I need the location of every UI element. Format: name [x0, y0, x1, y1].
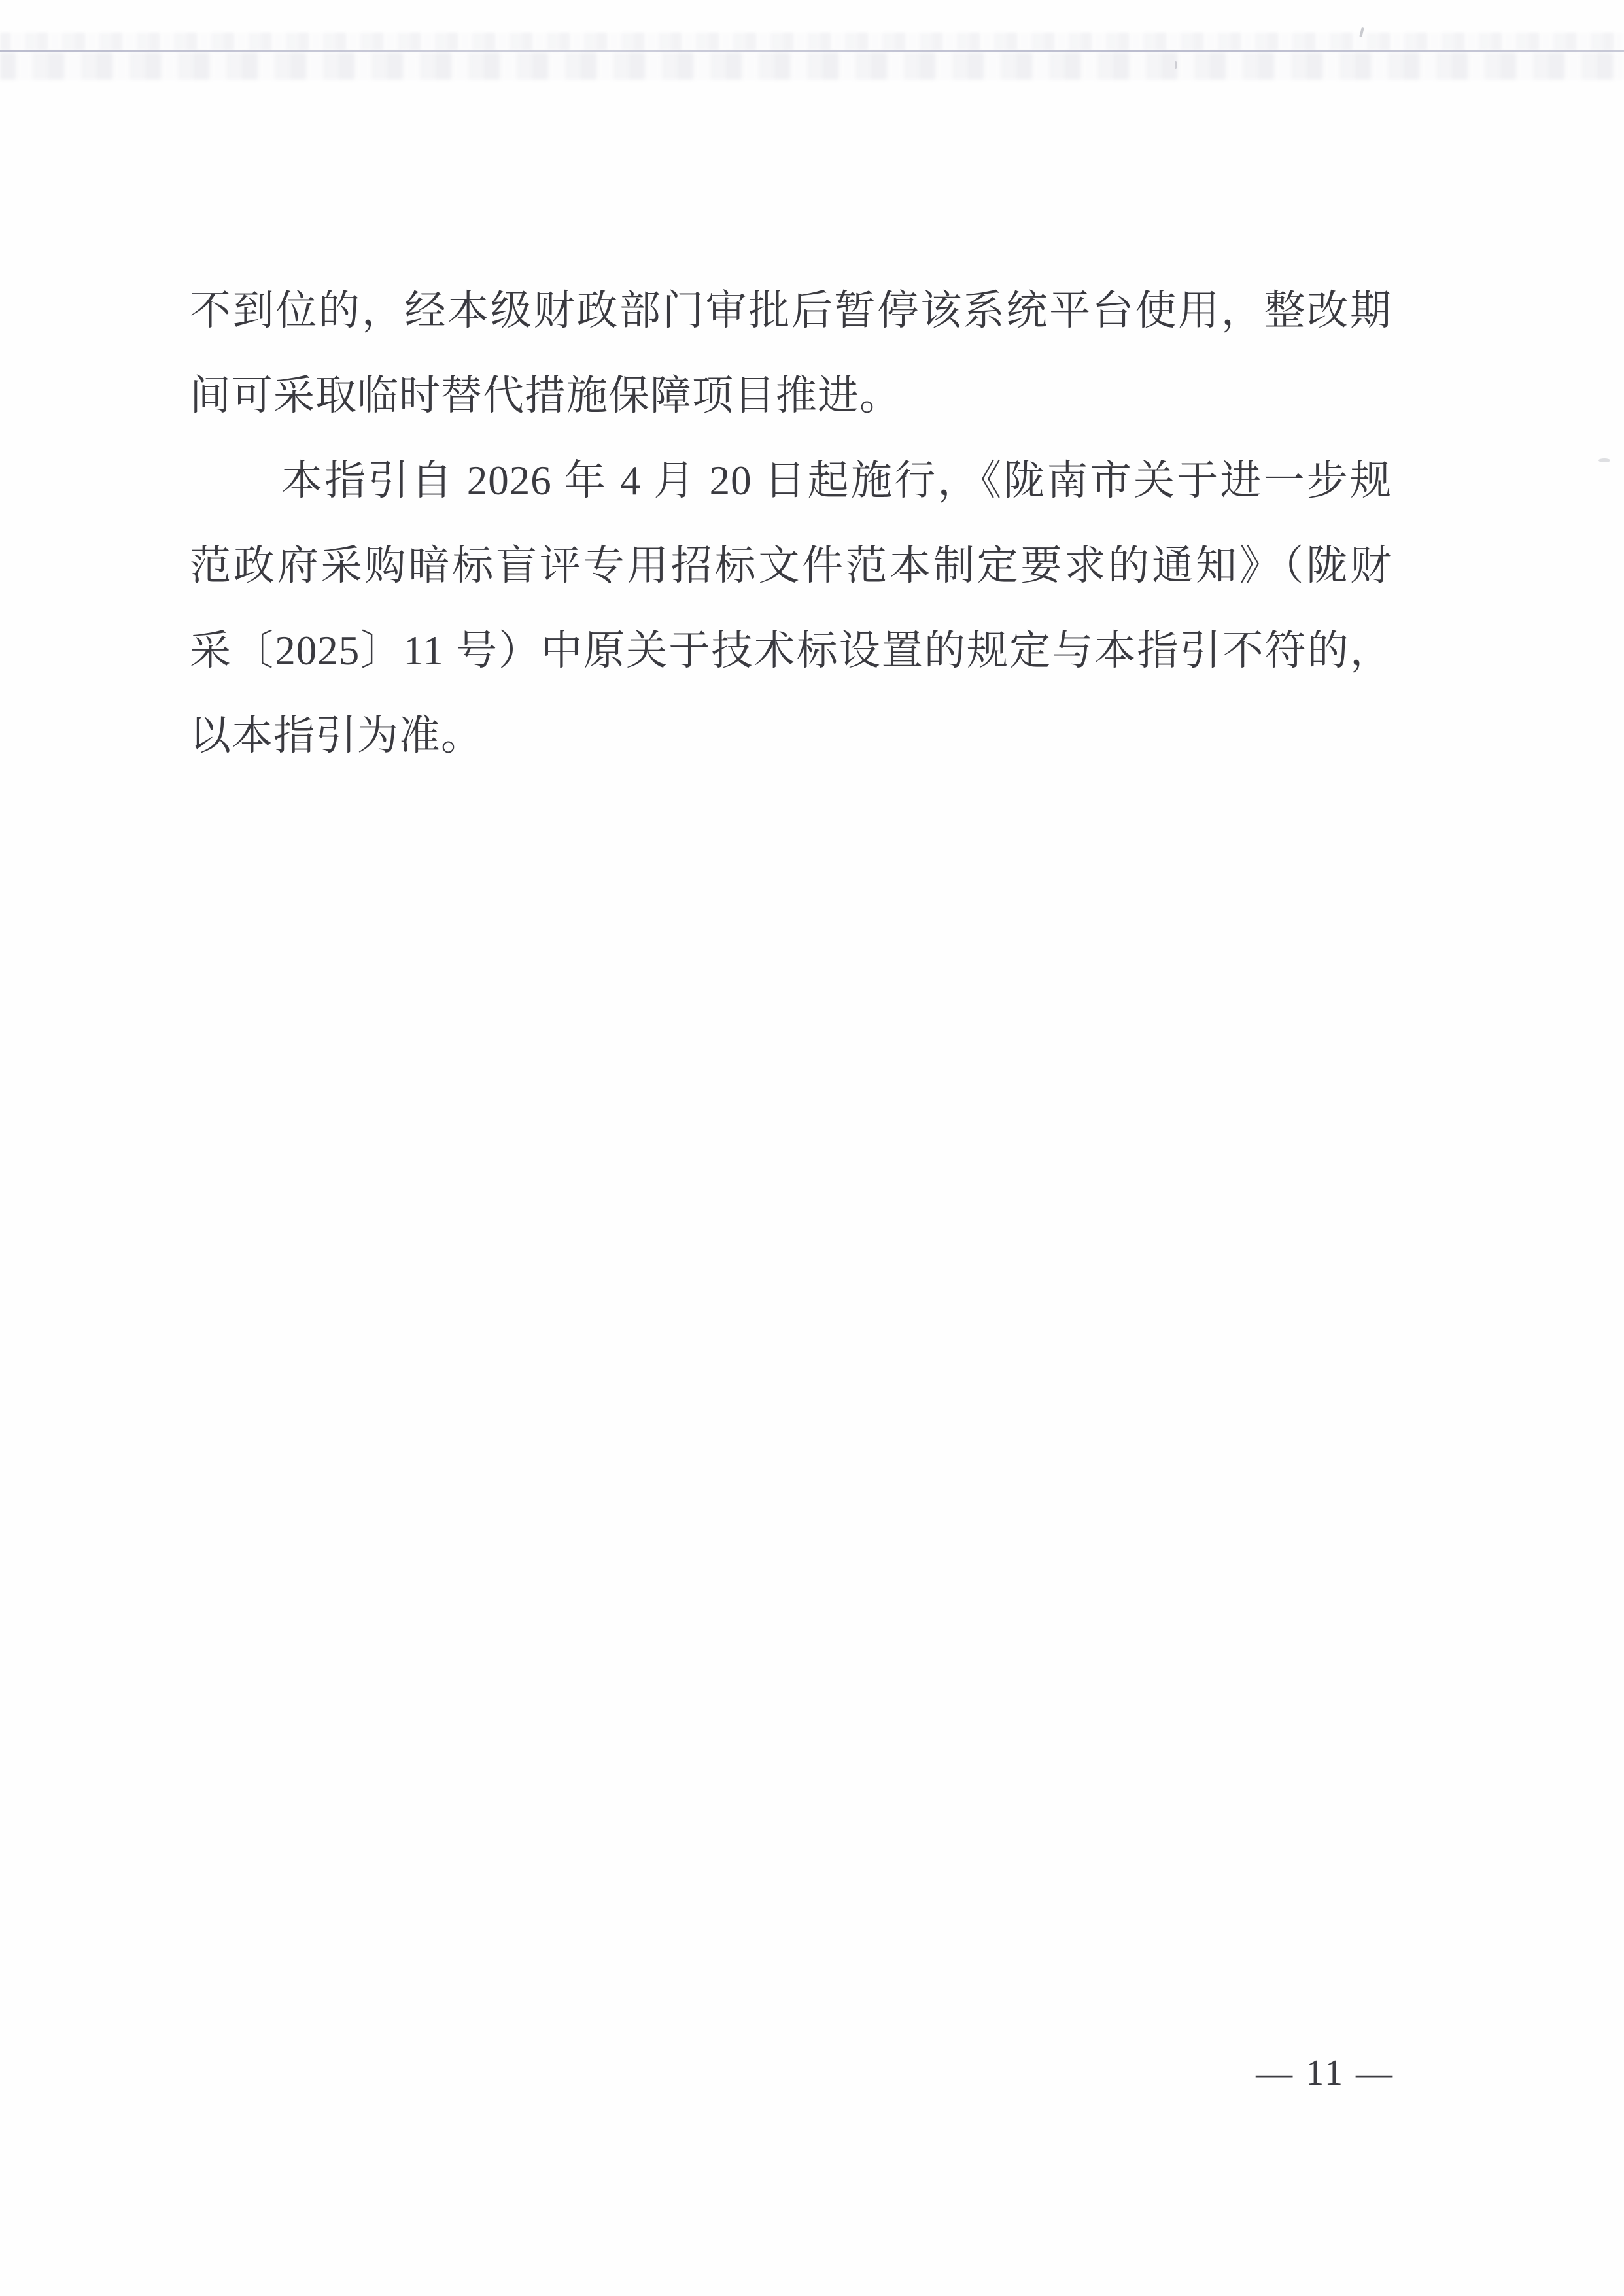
body-text-block: 不到位的，经本级财政部门审批后暂停该系统平台使用，整改期 间可采取临时替代措施保…	[190, 268, 1392, 778]
document-page: 不到位的，经本级财政部门审批后暂停该系统平台使用，整改期 间可采取临时替代措施保…	[0, 0, 1624, 2296]
paragraph-2-line-2: 范政府采购暗标盲评专用招标文件范本制定要求的通知》（陇财	[190, 523, 1392, 608]
scan-noise-band-bottom	[0, 52, 1624, 80]
paragraph-1-line-1: 不到位的，经本级财政部门审批后暂停该系统平台使用，整改期	[190, 268, 1392, 353]
scan-speck	[1598, 458, 1610, 462]
page-number: — 11 —	[1256, 2052, 1394, 2094]
scan-speck	[1175, 61, 1177, 69]
paragraph-2-line-3: 采〔2025〕11 号）中原关于技术标设置的规定与本指引不符的，	[190, 608, 1392, 693]
scan-artifact-line	[0, 50, 1624, 52]
paragraph-2-line-1: 本指引自 2026 年 4 月 20 日起施行，《陇南市关于进一步规	[190, 438, 1392, 523]
paragraph-1-line-2: 间可采取临时替代措施保障项目推进。	[190, 353, 1392, 438]
scan-noise-band-top	[0, 33, 1624, 50]
paragraph-2-line-4: 以本指引为准。	[190, 693, 1392, 778]
